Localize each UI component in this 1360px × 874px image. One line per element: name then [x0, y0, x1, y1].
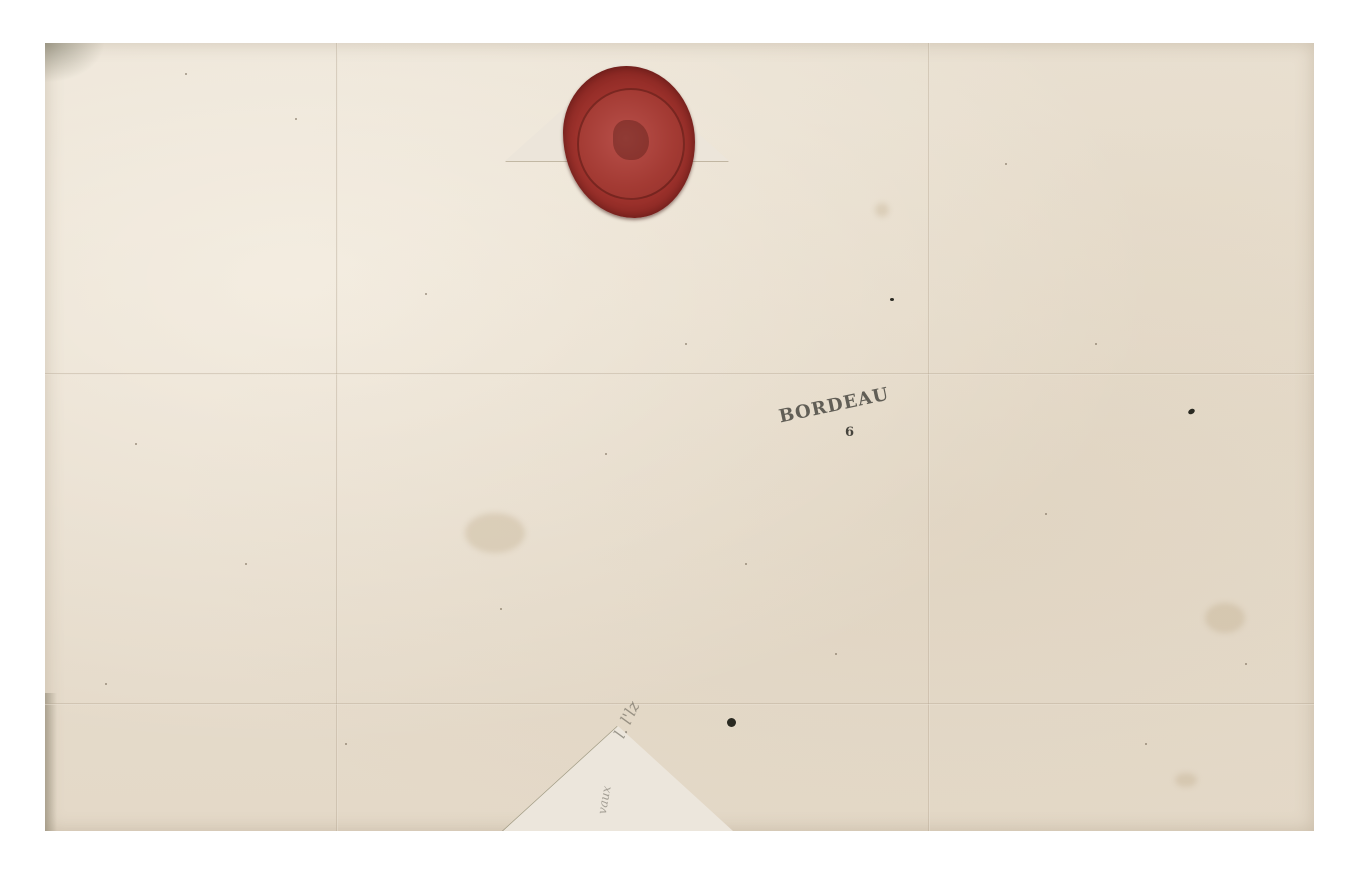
- wax-seal: [563, 66, 695, 218]
- ink-spot: [727, 718, 736, 727]
- speck: [135, 443, 137, 445]
- fold-line-vertical-left: [336, 43, 338, 831]
- speck: [185, 73, 187, 75]
- speck: [1095, 343, 1097, 345]
- speck: [295, 118, 297, 120]
- speck: [500, 608, 502, 610]
- fold-line-horizontal-top: [45, 373, 1314, 375]
- edge-stain: [45, 693, 57, 831]
- speck: [685, 343, 687, 345]
- postmark-stamp: BORDEAU: [777, 384, 891, 428]
- seal-impression: [577, 88, 685, 200]
- speck: [345, 743, 347, 745]
- speck: [1145, 743, 1147, 745]
- speck: [1005, 163, 1007, 165]
- speck: [1245, 663, 1247, 665]
- speck: [1045, 513, 1047, 515]
- stain: [875, 203, 889, 217]
- fold-line-horizontal-bottom: [45, 703, 1314, 705]
- stain: [1175, 773, 1197, 787]
- ink-spot: [890, 298, 894, 301]
- ink-spot: [1187, 408, 1196, 416]
- fold-line-vertical-right: [928, 43, 930, 831]
- speck: [425, 293, 427, 295]
- folded-letter: BORDEAU 6 l. l'lz vaux: [45, 43, 1314, 831]
- speck: [245, 563, 247, 565]
- speck: [605, 453, 607, 455]
- envelope-flap-bottom: [503, 726, 733, 831]
- corner-stain: [45, 43, 105, 83]
- stain: [1205, 603, 1245, 633]
- speck: [835, 653, 837, 655]
- speck: [105, 683, 107, 685]
- stain: [465, 513, 525, 553]
- seal-emblem-icon: [613, 120, 649, 160]
- postmark-number: 6: [845, 425, 854, 440]
- speck: [745, 563, 747, 565]
